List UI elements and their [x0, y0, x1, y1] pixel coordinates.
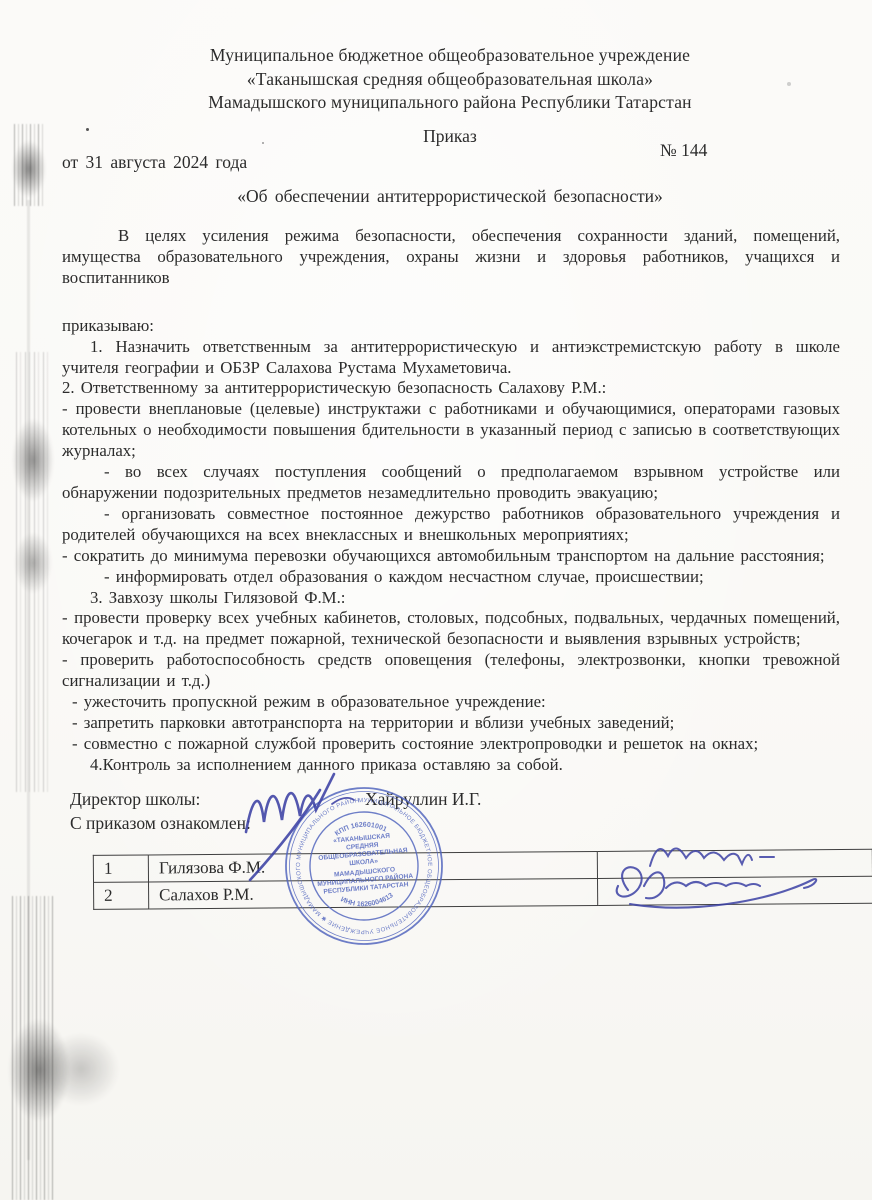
order-item: 1. Назначить ответственным за антитеррор… — [62, 337, 840, 379]
order-item: - информировать отдел образования о кажд… — [62, 567, 840, 588]
document-date: от 31 августа 2024 года — [62, 152, 247, 173]
stamp-inn: ИНН 1626004613 — [339, 892, 396, 911]
director-signature — [224, 758, 399, 888]
order-item: 3. Завхозу школы Гилязовой Ф.М.: — [62, 588, 840, 609]
org-line-3: Мамадышского муниципального района Респу… — [62, 91, 838, 115]
document-title: «Об обеспечении антитеррористической без… — [62, 186, 838, 207]
order-word: приказываю: — [62, 316, 840, 337]
row-number: 1 — [93, 855, 148, 882]
order-item: - запретить парковки автотранспорта на т… — [62, 713, 840, 734]
document-body: В целях усиления режима безопасности, об… — [62, 226, 840, 776]
intro-paragraph: В целях усиления режима безопасности, об… — [62, 226, 840, 289]
scan-noise-line — [27, 200, 30, 1160]
org-line-2: «Таканышская средняя общеобразовательная… — [62, 68, 838, 92]
order-item: - организовать совместное постоянное деж… — [62, 504, 840, 546]
order-item: - сократить до минимума перевозки обучаю… — [62, 546, 840, 567]
order-item: 4.Контроль за исполнением данного приказ… — [62, 755, 840, 776]
order-item: - совместно с пожарной службой проверить… — [62, 734, 840, 755]
order-item: - провести проверку всех учебных кабинет… — [62, 608, 840, 650]
organization-header: Муниципальное бюджетное общеобразователь… — [62, 44, 838, 115]
scan-noise-blob — [12, 418, 54, 502]
svg-text:ИНН 1626004613: ИНН 1626004613 — [339, 892, 396, 911]
document-type: Приказ — [62, 126, 838, 147]
order-item: - ужесточить пропускной режим в образова… — [62, 692, 840, 713]
order-item: - во всех случаях поступления сообщений … — [62, 462, 840, 504]
scan-noise-blob — [12, 140, 46, 198]
scanned-order-document: Муниципальное бюджетное общеобразователь… — [0, 0, 872, 1200]
signature-salakhov — [600, 856, 835, 914]
row-number: 2 — [94, 882, 149, 909]
order-item: - проверить работоспособность средств оп… — [62, 650, 840, 692]
document-number: № 144 — [660, 140, 707, 161]
scan-noise-blob — [42, 1032, 120, 1106]
scan-noise-blob — [14, 532, 52, 594]
org-line-1: Муниципальное бюджетное общеобразователь… — [62, 44, 838, 68]
order-item: - провести внеплановые (целевые) инструк… — [62, 399, 840, 462]
order-item: 2. Ответственному за антитеррористическу… — [62, 378, 840, 399]
